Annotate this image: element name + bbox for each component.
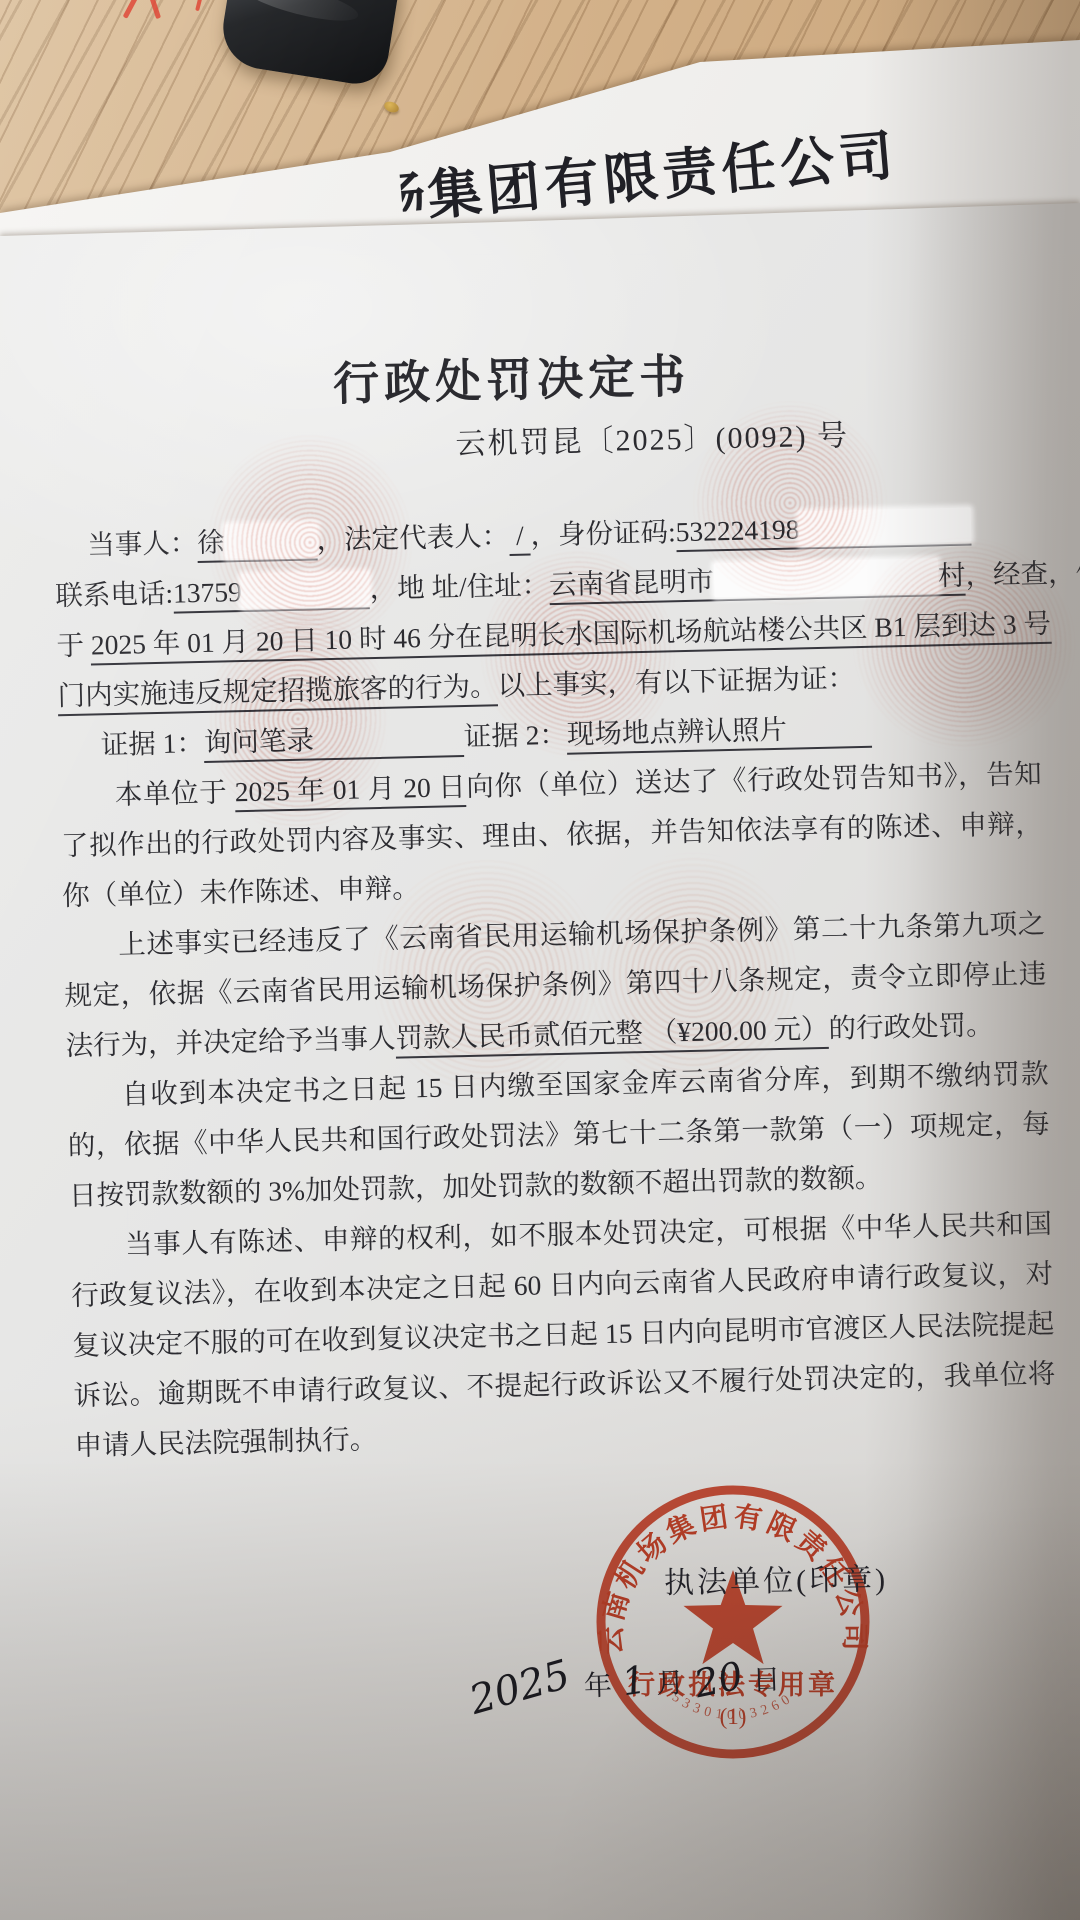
- fingerprint-mark: [585, 848, 801, 1100]
- decision-sheet-wrap: 行政处罚决定书 云机罚昆〔2025〕(0092) 号 当事人：徐，法定代表人： …: [0, 0, 1080, 1920]
- phone-label: 联系电话:: [55, 578, 173, 612]
- fingerprint-texture: [478, 545, 678, 763]
- decision-sheet: 行政处罚决定书 云机罚昆〔2025〕(0092) 号 当事人：徐，法定代表人： …: [0, 0, 1080, 1920]
- handwritten-day: 20: [690, 1653, 746, 1706]
- fingerprint-mark: [478, 545, 678, 763]
- year-char: 年: [583, 1671, 612, 1703]
- fingerprint-mark: [850, 535, 1078, 753]
- appeal-paragraph: 当事人有陈述、申辩的权利，如不服本处罚决定，可根据《中华人民共和国行政复议法》，…: [70, 1199, 1057, 1471]
- fingerprint-texture: [585, 848, 801, 1100]
- evidence-1-label: 证据 1：: [100, 727, 204, 760]
- fingerprint-mark: [205, 600, 391, 838]
- document-photo: 场集团有限责任公司 行政处罚决定书 云机罚昆〔2025〕(0092) 号 当事人…: [0, 0, 1080, 1920]
- handwritten-month: 1: [619, 1657, 649, 1704]
- month-char: 月: [656, 1668, 685, 1700]
- party-label: 当事人：: [87, 527, 198, 560]
- fingerprint-texture: [368, 852, 606, 1100]
- enforcement-unit-label: 执法单位(印章): [664, 1554, 889, 1602]
- day-char: 日: [752, 1665, 781, 1697]
- fingerprint-texture: [205, 600, 391, 838]
- handwritten-year: 2025: [465, 1652, 576, 1724]
- violation-prefix: 于: [56, 630, 84, 662]
- fingerprint-mark: [368, 852, 606, 1100]
- penalty-suffix: 的行政处罚。: [828, 1009, 994, 1044]
- official-seal: 云南机场集团有限责任公司 行政执法专用章 (1) 53301003260: [583, 1472, 883, 1772]
- fingerprint-texture: [850, 535, 1078, 753]
